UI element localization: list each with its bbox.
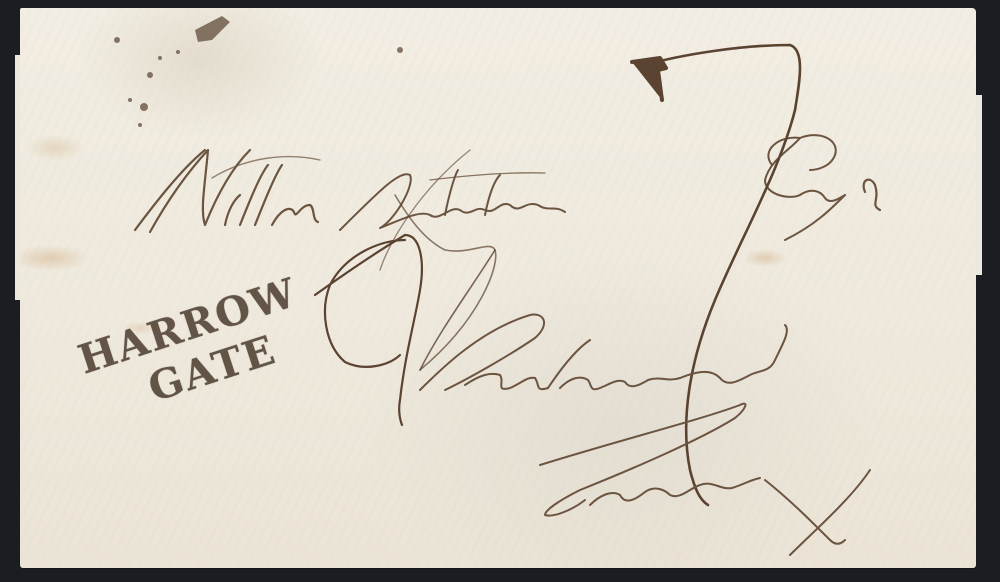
rate-marking-7 (632, 45, 800, 505)
handwriting-robertson (340, 170, 565, 230)
letter-photo: HARROW GATE Willm Robertson Esqr Richmon… (0, 0, 1000, 582)
handwriting-richmond (420, 315, 787, 390)
ink-specks (114, 16, 403, 127)
handwriting-surry (540, 404, 870, 555)
handwriting-willm (135, 150, 320, 232)
